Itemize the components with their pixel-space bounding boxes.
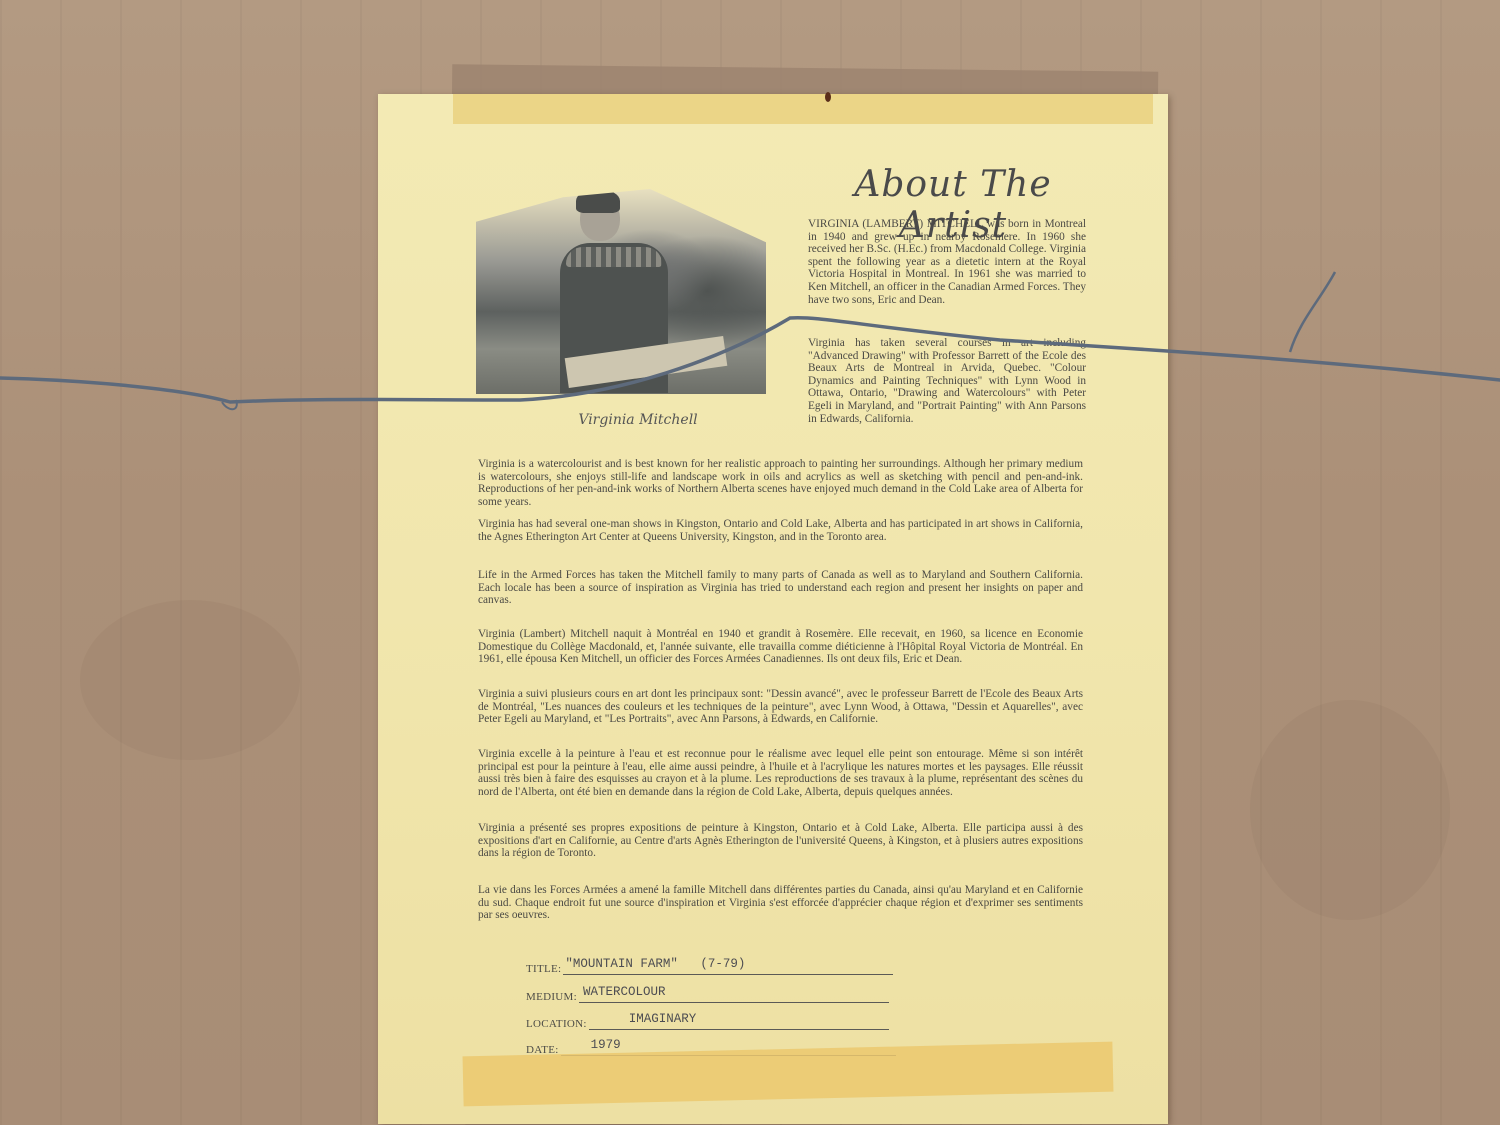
bio-fr-paragraph-2: Virginia a suivi plusieurs cours en art … bbox=[478, 688, 1083, 726]
location-value: IMAGINARY bbox=[629, 1012, 697, 1026]
cardboard-stain bbox=[1250, 700, 1450, 920]
artist-photo bbox=[476, 189, 766, 394]
form-medium-row: MEDIUM: WATERCOLOUR bbox=[526, 984, 889, 1003]
wire-knot bbox=[222, 400, 237, 409]
wire-loose-end bbox=[1290, 272, 1335, 352]
title-line: "MOUNTAIN FARM" (7-79) bbox=[563, 956, 893, 975]
photo-caption: Virginia Mitchell bbox=[538, 412, 738, 428]
hair bbox=[576, 189, 620, 213]
title-value: "MOUNTAIN FARM" (7-79) bbox=[565, 957, 745, 971]
medium-label: MEDIUM: bbox=[526, 991, 577, 1003]
bio-fr-paragraph-5: La vie dans les Forces Armées a amené la… bbox=[478, 884, 1083, 922]
title-label: TITLE: bbox=[526, 963, 561, 975]
bio-fr-paragraph-1: Virginia (Lambert) Mitchell naquit à Mon… bbox=[478, 628, 1083, 666]
artist-info-sheet: About The Artist Virginia Mitchell VIRGI… bbox=[378, 94, 1168, 1124]
location-line: IMAGINARY bbox=[589, 1011, 889, 1030]
cardboard-stain bbox=[80, 600, 300, 760]
form-location-row: LOCATION: IMAGINARY bbox=[526, 1011, 889, 1030]
bio-en-paragraph-1: VIRGINIA (LAMBERT) MITCHELL was born in … bbox=[808, 218, 1086, 306]
masking-tape-top bbox=[453, 94, 1153, 124]
sweater-pattern bbox=[566, 247, 662, 267]
bio-fr-paragraph-3: Virginia excelle à la peinture à l'eau e… bbox=[478, 748, 1083, 798]
form-title-row: TITLE: "MOUNTAIN FARM" (7-79) bbox=[526, 956, 893, 975]
nail-head bbox=[825, 92, 831, 102]
bio-en-paragraph-3: Virginia is a watercolourist and is best… bbox=[478, 458, 1083, 508]
bio-en-paragraph-5: Life in the Armed Forces has taken the M… bbox=[478, 569, 1083, 607]
bio-en-paragraph-2: Virginia has taken several courses in ar… bbox=[808, 337, 1086, 425]
bio-fr-paragraph-4: Virginia a présenté ses propres expositi… bbox=[478, 822, 1083, 860]
medium-value: WATERCOLOUR bbox=[583, 985, 666, 999]
date-value: 1979 bbox=[591, 1038, 621, 1052]
medium-line: WATERCOLOUR bbox=[579, 984, 889, 1003]
bio-en-paragraph-4: Virginia has had several one-man shows i… bbox=[478, 518, 1083, 543]
location-label: LOCATION: bbox=[526, 1018, 587, 1030]
